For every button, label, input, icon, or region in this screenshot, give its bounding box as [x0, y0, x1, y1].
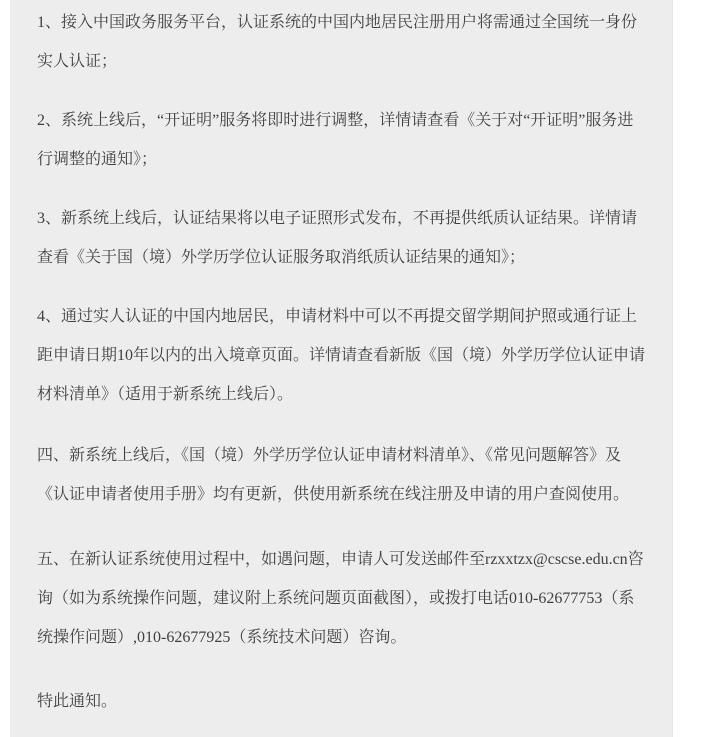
notice-paragraph-section-4: 四、新系统上线后，《国（境）外学历学位认证申请材料清单》、《常见问题解答》及《认…: [37, 436, 648, 514]
notice-paragraph-item-1: 1、接入中国政务服务平台，认证系统的中国内地居民注册用户将需通过全国统一身份实人…: [37, 3, 648, 81]
closing-note: 特此通知。: [37, 682, 648, 721]
notice-panel: 1、接入中国政务服务平台，认证系统的中国内地居民注册用户将需通过全国统一身份实人…: [10, 0, 673, 737]
notice-paragraph-section-5: 五、在新认证系统使用过程中，如遇问题，申请人可发送邮件至rzxxtzx@cscs…: [37, 540, 648, 657]
notice-body: 1、接入中国政务服务平台，认证系统的中国内地居民注册用户将需通过全国统一身份实人…: [37, 3, 648, 721]
notice-paragraph-item-2: 2、系统上线后，“开证明”服务将即时进行调整，详情请查看《关于对“开证明”服务进…: [37, 101, 648, 179]
notice-paragraph-item-3: 3、新系统上线后，认证结果将以电子证照形式发布，不再提供纸质认证结果。详情请查看…: [37, 199, 648, 277]
notice-paragraph-item-4: 4、通过实人认证的中国内地居民，申请材料中可以不再提交留学期间护照或通行证上距申…: [37, 297, 648, 414]
